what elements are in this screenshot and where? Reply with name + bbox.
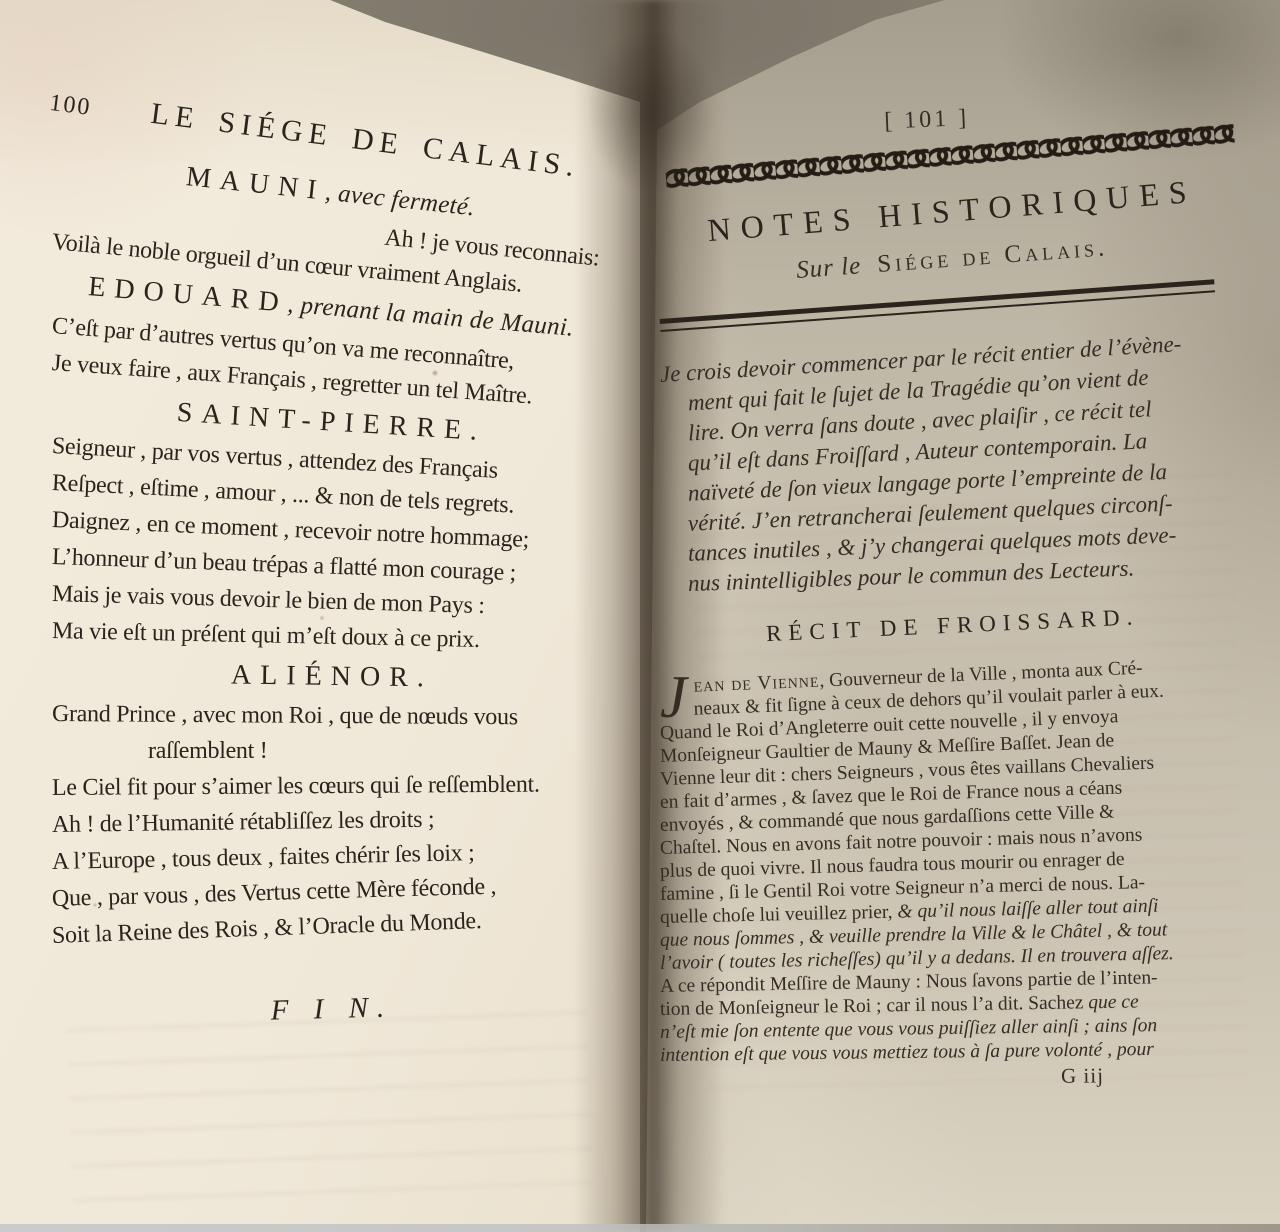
section-heading: RÉCIT DE FROISSARD. (659, 599, 1246, 652)
left-page-show-through (67, 1011, 594, 1229)
body-lines: J ean de Vienne, Gouverneur de la Ville … (660, 676, 1246, 1067)
left-page-number: 100 (48, 90, 93, 122)
text-line: Grand Prince , avec mon Roi , que de nœu… (52, 696, 612, 737)
intro-lines: Je crois devoir commencer par le récit e… (660, 360, 1246, 600)
left-text-lines: MAUNI, avec fermeté.Ah ! je vous reconna… (52, 140, 612, 955)
signature-mark: G iij (660, 1061, 1246, 1093)
left-page-content: 100 LE SIÉGE DE CALAIS. MAUNI, avec ferm… (52, 84, 612, 1026)
book-photo: 100 LE SIÉGE DE CALAIS. MAUNI, avec ferm… (0, 0, 1280, 1232)
subtitle-main: Siége de Calais. (876, 234, 1109, 278)
subtitle-lead: Sur le (795, 252, 862, 284)
text-line: raſſemblent ! (52, 733, 612, 770)
photo-bottom-edge (0, 1224, 1280, 1232)
right-page-content: [ 101 ] NOTES HISTORIQUES Sur le Siége d… (660, 118, 1246, 1093)
